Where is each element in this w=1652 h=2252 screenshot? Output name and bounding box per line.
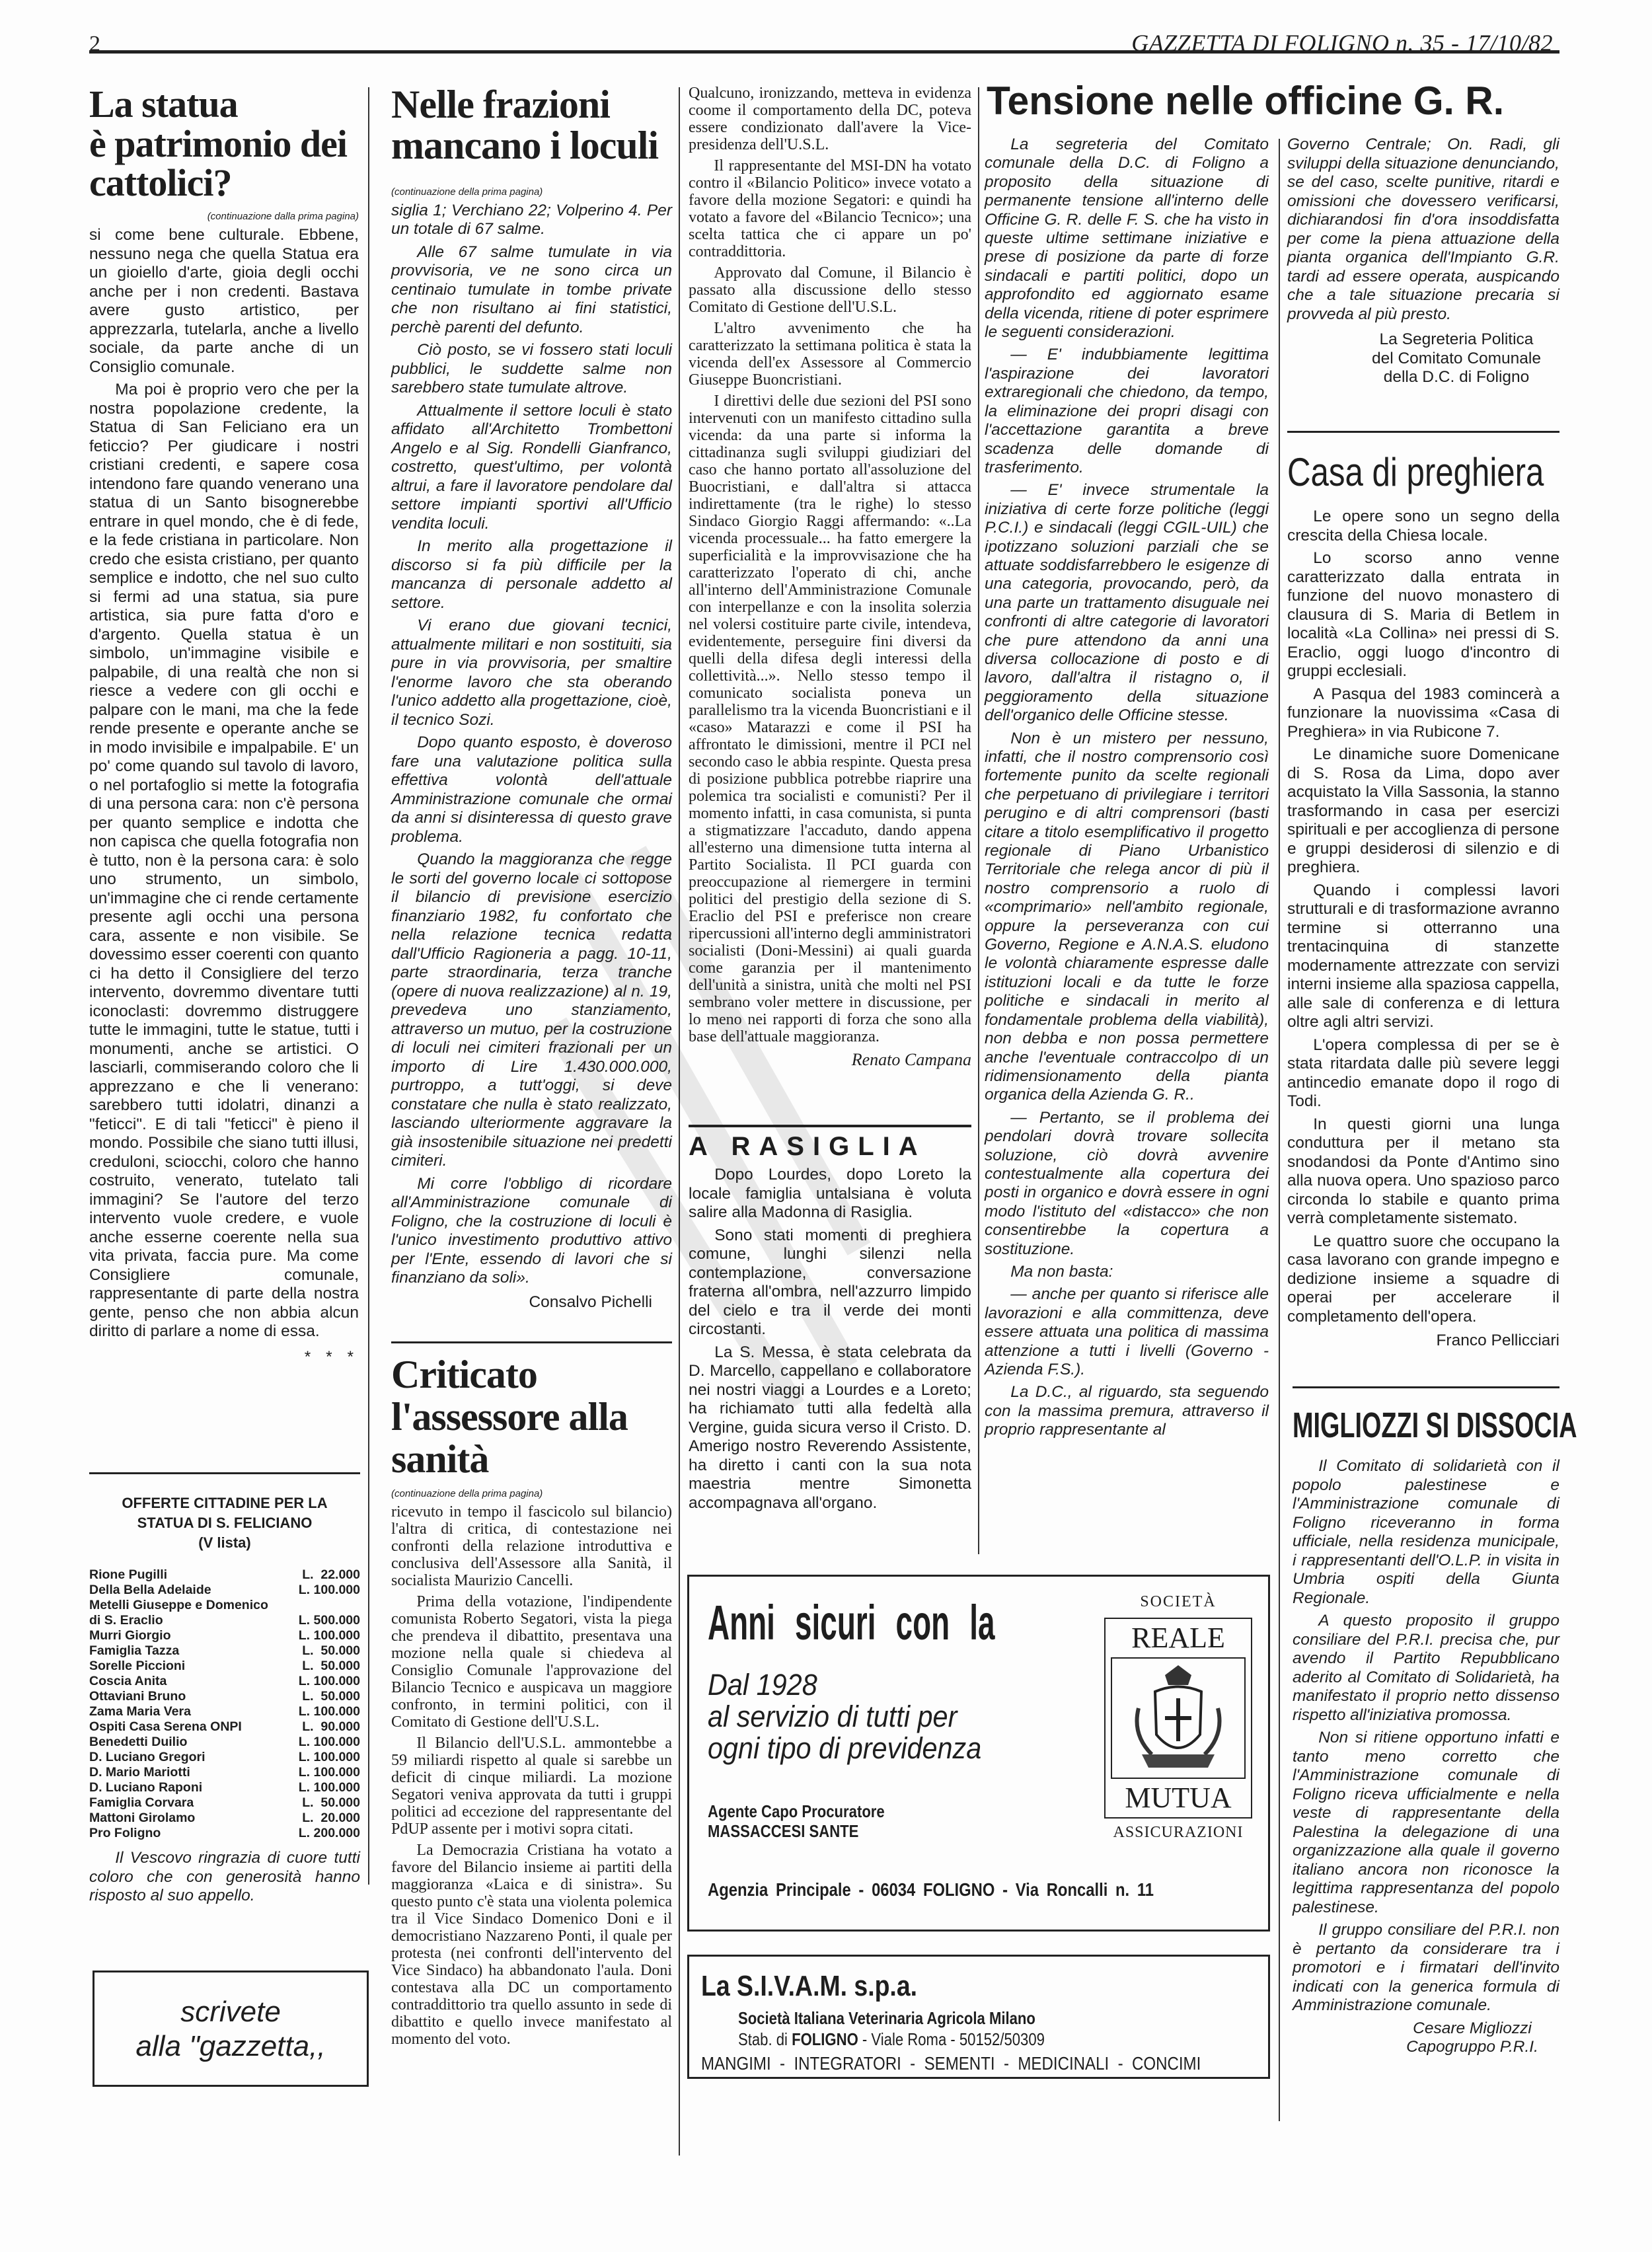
paragraph: si come bene culturale. Ebbene, nessuno … [89, 226, 359, 377]
column-rule-2 [679, 87, 680, 2156]
paragraph: — E' invece strumentale la iniziativa di… [985, 481, 1269, 725]
paragraph: Non è un mistero per nessuno, infatti, c… [985, 730, 1269, 1105]
title-line: OFFERTE CITTADINE PER LA [89, 1493, 360, 1513]
agent-role: Agente Capo Procuratore [708, 1801, 885, 1821]
paragraph: La S. Messa, è stata celebrata da D. Mar… [689, 1343, 971, 1513]
offerte-rows: Rione PugilliL. 22.000 Della Bella Adela… [89, 1567, 360, 1841]
section-divider [689, 1125, 971, 1127]
paragraph: Sono stati momenti di preghiera comune, … [689, 1226, 971, 1339]
article-rasiglia-title: A RASIGLIA [689, 1131, 971, 1162]
plant-address: - Viale Roma - 50152/50309 [858, 2029, 1045, 2049]
article-tensione-col-a: La segreteria del Comitato comunale dell… [985, 135, 1269, 1440]
article-tensione-body-a: La segreteria del Comitato comunale dell… [985, 135, 1269, 1440]
donation-amount: L. 500.000 [299, 1613, 360, 1628]
logo-mutua-text: MUTUA [1108, 1783, 1248, 1813]
donation-amount: L. 50.000 [302, 1795, 360, 1811]
title-line: mancano i loculi [391, 126, 672, 167]
logo-bottom-text: ASSICURAZIONI [1099, 1824, 1258, 1842]
donor-name: Metelli Giuseppe e Domenico [89, 1598, 268, 1613]
title-line: (V lista) [89, 1533, 360, 1553]
donor-name: Famiglia Tazza [89, 1643, 179, 1659]
paragraph: La Democrazia Cristiana ha votato a favo… [391, 1842, 672, 2048]
offerta-row: Della Bella AdelaideL. 100.000 [89, 1583, 360, 1598]
article-migliozzi-title: MIGLIOZZI SI DISSOCIA [1293, 1404, 1480, 1446]
paragraph: Le quattro suore che occupano la casa la… [1287, 1232, 1559, 1327]
title-line: l'assessore alla [391, 1396, 672, 1438]
paragraph: Alle 67 salme tumulate in via provvisori… [391, 243, 672, 338]
sivam-full-name: Società Italiana Veterinaria Agricola Mi… [738, 2008, 1035, 2029]
plant-prefix: Stab. di [738, 2029, 792, 2049]
offerta-row: D. Luciano GregoriL. 100.000 [89, 1750, 360, 1765]
paragraph: Qualcuno, ironizzando, metteva in eviden… [689, 85, 971, 153]
donor-name: Famiglia Corvara [89, 1795, 194, 1811]
slogan-line: ogni tipo di previdenza [708, 1733, 981, 1764]
column-rule-1 [368, 87, 369, 1885]
offerta-row: Ospiti Casa Serena ONPIL. 90.000 [89, 1719, 360, 1735]
signature-line: La Segreteria Politica [1353, 330, 1559, 350]
donation-amount: L. 100.000 [299, 1780, 360, 1795]
donation-amount: L. 100.000 [299, 1735, 360, 1750]
article-migliozzi: MIGLIOZZI SI DISSOCIA Il Comitato di sol… [1293, 1404, 1559, 2057]
paragraph: Non si ritiene opportuno infatti e tanto… [1293, 1729, 1559, 1917]
donation-amount: L. 100.000 [299, 1674, 360, 1689]
paragraph: Attualmente il settore loculi è stato af… [391, 402, 672, 534]
donor-name: D. Luciano Gregori [89, 1750, 206, 1765]
donation-amount: L. 100.000 [299, 1628, 360, 1643]
donation-amount: L. 100.000 [299, 1750, 360, 1765]
author-signature: Consalvo Pichelli [391, 1293, 652, 1312]
article-loculi-body: siglia 1; Verchiano 22; Volperino 4. Per… [391, 202, 672, 1288]
donation-amount: L. 20.000 [302, 1811, 360, 1826]
article-statua-body: si come bene culturale. Ebbene, nessuno … [89, 226, 359, 1367]
article-loculi: Nelle frazioni mancano i loculi (continu… [391, 85, 672, 1312]
newspaper-page: 2 GAZZETTA DI FOLIGNO n. 35 - 17/10/82 L… [0, 0, 1652, 2252]
offerta-row: Coscia AnitaL. 100.000 [89, 1674, 360, 1689]
column-rule-3 [978, 87, 979, 1554]
signature-line: della D.C. di Foligno [1353, 368, 1559, 387]
scrivete-alla-gazzetta-box: scrivete alla "gazzetta,, [93, 1971, 369, 2087]
continuation-note: (continuazione della prima pagina) [391, 1488, 672, 1499]
paragraph: Il Comitato di solidarietà con il popolo… [1293, 1457, 1559, 1608]
paragraph: Prima della votazione, l'indipendente co… [391, 1593, 672, 1731]
donor-name: Murri Giorgio [89, 1628, 171, 1643]
author-signature: Franco Pellicciari [1287, 1332, 1559, 1351]
paragraph: In questi giorni una lunga conduttura pe… [1287, 1115, 1559, 1228]
article-tensione-body-b: Governo Centrale; On. Radi, gli sviluppi… [1287, 135, 1559, 324]
paragraph: Dopo quanto esposto, è doveroso fare una… [391, 733, 672, 846]
plant-city: FOLIGNO [792, 2029, 858, 2049]
article-sanita-continued: Qualcuno, ironizzando, metteva in eviden… [689, 85, 971, 1070]
offerta-row: Mattoni GirolamoL. 20.000 [89, 1811, 360, 1826]
paragraph: — Pertanto, se il problema dei pendolari… [985, 1109, 1269, 1259]
paragraph: Approvato dal Comune, il Bilancio è pass… [689, 264, 971, 316]
box-line: alla "gazzetta,, [94, 2029, 367, 2064]
article-preghiera-title: Casa di preghiera [1287, 449, 1511, 496]
donor-name: Ospiti Casa Serena ONPI [89, 1719, 242, 1735]
paragraph: Quando la maggioranza che regge le sorti… [391, 850, 672, 1171]
offerta-row: Sorelle PiccioniL. 50.000 [89, 1659, 360, 1674]
donation-amount: L. 50.000 [302, 1643, 360, 1659]
title-line: sanità [391, 1438, 672, 1480]
section-divider [1293, 1386, 1559, 1388]
donor-name: Mattoni Girolamo [89, 1811, 195, 1826]
paragraph: Quando i complessi lavori strutturali e … [1287, 882, 1559, 1032]
paragraph: Ma poi è proprio vero che per la nostra … [89, 381, 359, 1341]
donation-amount: L. 100.000 [299, 1704, 360, 1719]
donor-name: D. Luciano Raponi [89, 1780, 202, 1795]
donation-amount: L. 22.000 [302, 1567, 360, 1583]
ad-agent: Agente Capo Procuratore MASSACCESI SANTE [708, 1801, 885, 1841]
donation-amount: L. 100.000 [299, 1583, 360, 1598]
article-statua: La statua è patrimonio dei cattolici? (c… [89, 85, 359, 1367]
paragraph: Ciò posto, se vi fossero stati loculi pu… [391, 341, 672, 398]
article-rasiglia-body: Dopo Lourdes, dopo Loreto la locale fami… [689, 1166, 971, 1513]
slogan-line: Dal 1928 [708, 1669, 981, 1701]
ad-slogan: Dal 1928 al servizio di tutti per ogni t… [708, 1669, 981, 1764]
paragraph: Ma non basta: [985, 1263, 1269, 1281]
paragraph: Dopo Lourdes, dopo Loreto la locale fami… [689, 1166, 971, 1222]
article-sanita-cont-body: Qualcuno, ironizzando, metteva in eviden… [689, 85, 971, 1045]
paragraph: siglia 1; Verchiano 22; Volperino 4. Per… [391, 202, 672, 239]
title-line: Nelle frazioni [391, 85, 672, 126]
article-tensione-title: Tensione nelle officine G. R. [987, 78, 1504, 124]
ad-address: Agenzia Principale - 06034 FOLIGNO - Via… [708, 1879, 1154, 1900]
offerta-row: Metelli Giuseppe e Domenico [89, 1598, 360, 1613]
offerta-row: D. Luciano RaponiL. 100.000 [89, 1780, 360, 1795]
paragraph: — E' indubbiamente legittima l'aspirazio… [985, 346, 1269, 477]
section-divider [391, 1341, 672, 1343]
agent-name: MASSACCESI SANTE [708, 1821, 885, 1841]
paragraph: I direttivi delle due sezioni del PSI so… [689, 393, 971, 1045]
continuation-note: (continuazione dalla prima pagina) [89, 211, 359, 222]
paragraph: Governo Centrale; On. Radi, gli sviluppi… [1287, 135, 1559, 324]
logo-top-text: SOCIETÀ [1099, 1593, 1258, 1611]
offerta-row: Zama Maria VeraL. 100.000 [89, 1704, 360, 1719]
paragraph: Le opere sono un segno della crescita de… [1287, 507, 1559, 545]
donor-name: Benedetti Duilio [89, 1735, 187, 1750]
sivam-plant: Stab. di FOLIGNO - Viale Roma - 50152/50… [738, 2029, 1045, 2050]
donor-name: di S. Eraclio [89, 1613, 163, 1628]
continuation-note: (continuazione della prima pagina) [391, 186, 672, 198]
paragraph: Vi erano due giovani tecnici, attualment… [391, 617, 672, 730]
tensione-signature: La Segreteria Politica del Comitato Comu… [1287, 330, 1559, 387]
article-statua-title: La statua è patrimonio dei cattolici? [89, 85, 359, 203]
paragraph: A questo proposito il gruppo consiliare … [1293, 1612, 1559, 1725]
title-line: La statua [89, 85, 359, 124]
sivam-name: La S.I.V.A.M. s.p.a. [701, 1970, 917, 2003]
paragraph: La D.C., al riguardo, sta seguendo con l… [985, 1383, 1269, 1439]
offerta-row: Rione PugilliL. 22.000 [89, 1567, 360, 1583]
section-divider [1287, 431, 1559, 433]
offerta-row: Famiglia TazzaL. 50.000 [89, 1643, 360, 1659]
offerte-title: OFFERTE CITTADINE PER LA STATUA DI S. FE… [89, 1493, 360, 1553]
author-signature: Renato Campana [689, 1051, 971, 1070]
paragraph: In merito alla progettazione il discorso… [391, 537, 672, 613]
donation-amount: L. 200.000 [299, 1826, 360, 1841]
paragraph: Il gruppo consiliare del P.R.I. non è pe… [1293, 1921, 1559, 2015]
donation-amount: L. 50.000 [302, 1689, 360, 1704]
donor-name: Della Bella Adelaide [89, 1583, 211, 1598]
slogan-line: al servizio di tutti per [708, 1701, 981, 1733]
article-sanita-title: Criticato l'assessore alla sanità [391, 1353, 672, 1480]
article-preghiera-body: Le opere sono un segno della crescita de… [1287, 507, 1559, 1326]
donor-name: Coscia Anita [89, 1674, 167, 1689]
title-line: cattolici? [89, 163, 359, 203]
paragraph: — anche per quanto si riferisce alle lav… [985, 1285, 1269, 1379]
column-rule-4 [1279, 139, 1280, 2121]
paragraph: L'opera complessa di per se è stata rita… [1287, 1036, 1559, 1111]
offerta-row: Famiglia CorvaraL. 50.000 [89, 1795, 360, 1811]
paragraph: Il Vescovo ringrazia di cuore tutti colo… [89, 1849, 360, 1906]
signature-line: del Comitato Comunale [1353, 350, 1559, 369]
section-divider [89, 1472, 360, 1474]
offerta-row: D. Mario MariottiL. 100.000 [89, 1765, 360, 1780]
article-loculi-title: Nelle frazioni mancano i loculi [391, 85, 672, 167]
logo-frame: REALE MUTUA [1104, 1618, 1252, 1819]
logo-reale-text: REALE [1108, 1623, 1248, 1653]
article-sanita-body: ricevuto in tempo il fascicolo sul bilan… [391, 1503, 672, 2048]
offerta-row: di S. EraclioL. 500.000 [89, 1613, 360, 1628]
donor-name: Rione Pugilli [89, 1567, 167, 1583]
offerte-thanks: Il Vescovo ringrazia di cuore tutti colo… [89, 1849, 360, 1906]
sivam-products: MANGIMI - INTEGRATORI - SEMENTI - MEDICI… [701, 2053, 1201, 2074]
offerta-row: Ottaviani BrunoL. 50.000 [89, 1689, 360, 1704]
ad-reale-mutua: Anni sicuri con la Dal 1928 al servizio … [687, 1575, 1270, 1932]
paragraph: ricevuto in tempo il fascicolo sul bilan… [391, 1503, 672, 1589]
donation-amount: L. 100.000 [299, 1765, 360, 1780]
paragraph: Il Bilancio dell'U.S.L. ammontebbe a 59 … [391, 1735, 672, 1838]
article-preghiera: Casa di preghiera Le opere sono un segno… [1287, 449, 1559, 1351]
reale-mutua-logo: SOCIETÀ REALE MUTUA ASSICURAZIONI [1099, 1593, 1258, 1842]
article-sanita: Criticato l'assessore alla sanità (conti… [391, 1353, 672, 2048]
article-migliozzi-body: Il Comitato di solidarietà con il popolo… [1293, 1457, 1559, 2015]
paragraph: L'altro avvenimento che ha caratterizzat… [689, 320, 971, 389]
offerta-row: Benedetti DuilioL. 100.000 [89, 1735, 360, 1750]
paragraph: Lo scorso anno venne caratterizzato dall… [1287, 549, 1559, 681]
paragraph: Mi corre l'obbligo di ricordare all'Ammi… [391, 1175, 672, 1288]
article-rasiglia: A RASIGLIA Dopo Lourdes, dopo Loreto la … [689, 1131, 971, 1513]
title-line: STATUA DI S. FELICIANO [89, 1513, 360, 1533]
coat-of-arms-icon [1129, 1662, 1228, 1774]
signature-line: Capogruppo P.R.I. [1385, 2038, 1559, 2057]
ad-sivam: La S.I.V.A.M. s.p.a. Società Italiana Ve… [687, 1955, 1270, 2079]
paragraph: Il rappresentante del MSI-DN ha votato c… [689, 157, 971, 260]
header-rule [89, 50, 1559, 54]
crest-icon [1111, 1657, 1246, 1779]
end-mark: * * * [89, 1348, 359, 1367]
signature-line: Cesare Migliozzi [1385, 2019, 1559, 2039]
ad-headline: Anni sicuri con la [708, 1596, 995, 1649]
migliozzi-signature: Cesare Migliozzi Capogruppo P.R.I. [1293, 2019, 1559, 2057]
donor-name: Ottaviani Bruno [89, 1689, 186, 1704]
offerte-list: OFFERTE CITTADINE PER LA STATUA DI S. FE… [89, 1493, 360, 1906]
donor-name: Pro Foligno [89, 1826, 161, 1841]
box-line: scrivete [94, 1995, 367, 2029]
offerta-row: Pro FolignoL. 200.000 [89, 1826, 360, 1841]
title-line: è patrimonio dei [89, 124, 359, 164]
donation-amount: L. 90.000 [302, 1719, 360, 1735]
article-tensione-col-b: Governo Centrale; On. Radi, gli sviluppi… [1287, 135, 1559, 387]
donation-amount: L. 50.000 [302, 1659, 360, 1674]
offerta-row: Murri GiorgioL. 100.000 [89, 1628, 360, 1643]
title-line: Criticato [391, 1353, 672, 1396]
paragraph: A Pasqua del 1983 comincerà a funzionare… [1287, 685, 1559, 742]
donor-name: D. Mario Mariotti [89, 1765, 190, 1780]
paragraph: Le dinamiche suore Domenicane di S. Rosa… [1287, 745, 1559, 878]
paragraph: La segreteria del Comitato comunale dell… [985, 135, 1269, 342]
donor-name: Sorelle Piccioni [89, 1659, 185, 1674]
donor-name: Zama Maria Vera [89, 1704, 191, 1719]
